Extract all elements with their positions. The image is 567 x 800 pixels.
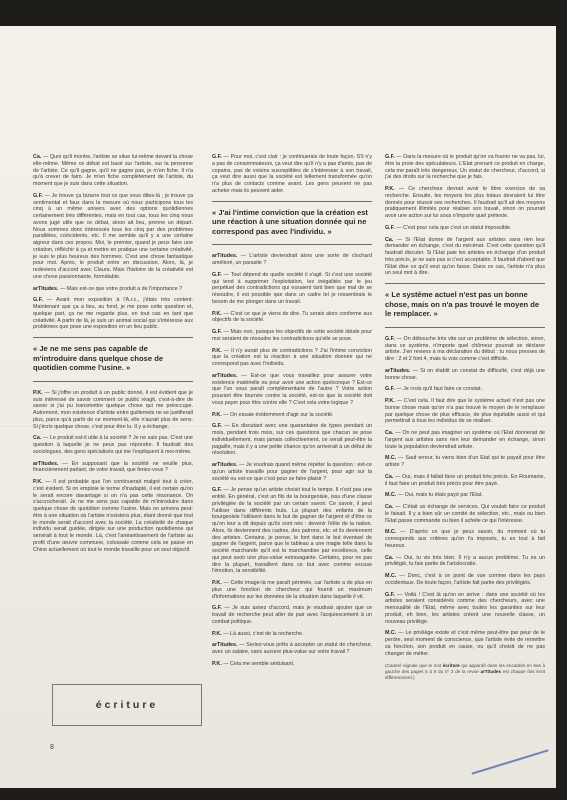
paragraph-text: — C'est ce que je viens de dire. Tu sera…	[212, 311, 372, 324]
dialogue-paragraph: M.C. — Sauf erreur, tu viens bien d'un E…	[385, 455, 545, 469]
paragraph-text: — Mais non, puisque les objectifs de cet…	[212, 329, 372, 342]
speaker-name: G.F.	[212, 272, 222, 278]
dialogue-paragraph: arTitudes. — Mais est-ce que votre produ…	[33, 286, 193, 293]
speaker-name: G.F.	[385, 154, 395, 160]
paragraph-text: — Oui, mais il fallait faire un produit …	[385, 474, 545, 487]
paragraph-text: — Je crois qu'il faut faire ce constat.	[395, 386, 482, 392]
speaker-name: G.F.	[385, 336, 395, 342]
dialogue-paragraph: Ca. — C'était un échange de services. Qu…	[385, 504, 545, 524]
speaker-name: G.F.	[212, 329, 222, 335]
speaker-name: P.K.	[212, 631, 222, 637]
dialogue-paragraph: G.F. — Dans la mesure où le produit qu'o…	[385, 154, 545, 181]
paragraph-text: — Il n'y aurait plus de contradictions ?…	[212, 348, 372, 368]
dialogue-paragraph: arTitudes. — Est-ce que vous travaillez …	[212, 373, 372, 407]
speaker-name: M.C.	[385, 492, 396, 498]
dialogue-paragraph: arTitudes. — L'artiste deviendrait alors…	[212, 253, 372, 267]
speaker-name: M.C.	[385, 455, 396, 461]
paragraph-text: — Le privilège existe et c'est même peut…	[385, 630, 545, 656]
paragraph-text: — Quoi qu'il montre, l'artiste se situe …	[33, 154, 193, 187]
pull-quote: « J'ai l'intime conviction que la créati…	[212, 201, 372, 246]
dialogue-paragraph: G.F. — Pour moi, c'est clair : je contin…	[212, 154, 372, 195]
paragraph-text: — Avant mon exposition à l'A.r.c., j'éta…	[33, 297, 193, 330]
dialogue-paragraph: G.F. — Je suis assez d'accord, mais je v…	[212, 605, 372, 625]
paragraph-text: — Là aussi, c'est de la recherche.	[222, 631, 304, 637]
speaker-name: arTitudes.	[212, 253, 237, 259]
paragraph-text: — En discutant avec une quarantaine de t…	[212, 423, 372, 456]
dialogue-paragraph: G.F. — Je pense qu'un artiste choisit to…	[212, 487, 372, 575]
paragraph-text: — Voilà ! C'est là qu'on en arrive : dan…	[385, 592, 545, 625]
speaker-name: P.K.	[212, 412, 222, 418]
paragraph-text: — Si j'offre un produit à un public donn…	[33, 390, 193, 430]
column-left: Ca. — Quoi qu'il montre, l'artiste se si…	[33, 154, 193, 558]
speaker-name: P.K.	[33, 479, 43, 485]
speaker-name: arTitudes.	[212, 462, 237, 468]
paragraph-text: — Mais est-ce que votre produit a de l'i…	[58, 286, 182, 292]
dialogue-paragraph: Ca. — Si l'Etat donne de l'argent aux ar…	[385, 237, 545, 278]
dialogue-paragraph: G.F. — C'est pour cela que c'est un stat…	[385, 225, 545, 232]
speaker-name: P.K.	[212, 348, 222, 354]
speaker-name: G.F.	[212, 154, 222, 160]
dialogue-paragraph: P.K. — Il n'y aurait plus de contradicti…	[212, 348, 372, 368]
speaker-name: G.F.	[212, 487, 222, 493]
paragraph-text: — Dans la mesure où le produit qu'on va …	[385, 154, 545, 180]
dialogue-paragraph: P.K. — Cette image-là me paraît périmée,…	[212, 580, 372, 600]
paragraph-text: — Donc, c'est à ce point de vue comme da…	[385, 573, 545, 586]
dialogue-paragraph: Ca. — Le produit est-il utile à la socié…	[33, 435, 193, 455]
paragraph-text: — Ce chercheur devrait avoir le libre ex…	[385, 186, 545, 219]
dialogue-paragraph: P.K. — Cela me semble séduisant.	[212, 661, 372, 668]
note-bold2: arTitudes	[480, 669, 501, 674]
magazine-page: Ca. — Quoi qu'il montre, l'artiste se si…	[0, 26, 556, 788]
speaker-name: G.F.	[212, 423, 222, 429]
speaker-name: M.C.	[385, 529, 396, 535]
dialogue-paragraph: arTitudes. — En supposant que la société…	[33, 461, 193, 475]
dialogue-paragraph: P.K. — Si j'offre un produit à un public…	[33, 390, 193, 431]
paragraph-text: — Oui, tu vis très bien. Il n'y a aucun …	[385, 555, 545, 568]
dialogue-paragraph: P.K. — Ce chercheur devrait avoir le lib…	[385, 186, 545, 220]
speaker-name: G.F.	[33, 297, 43, 303]
speaker-name: arTitudes.	[212, 642, 237, 648]
paragraph-text: — On essaie évidemment d'agir sur la soc…	[222, 412, 334, 418]
paragraph-text: — On débouche très vite sur un problème …	[385, 336, 545, 362]
column-right: G.F. — Dans la mesure où le produit qu'o…	[385, 154, 545, 681]
speaker-name: M.C.	[385, 573, 396, 579]
paragraph-text: — C'est cela. Il faut dire que le systèm…	[385, 398, 545, 424]
note-bold1: écriture	[443, 663, 460, 668]
paragraph-text: — C'est pour cela que c'est un statut im…	[395, 225, 512, 231]
dialogue-paragraph: G.F. — Voilà ! C'est là qu'on en arrive …	[385, 592, 545, 626]
dialogue-paragraph: arTitudes. — Si on établit un constat de…	[385, 368, 545, 382]
dialogue-paragraph: arTitudes. — Seriez-vous prêts à accepte…	[212, 642, 372, 656]
speaker-name: P.K.	[385, 398, 395, 404]
paragraph-text: — Oui, mais tu étais payé par l'Etat.	[396, 492, 483, 498]
dialogue-paragraph: G.F. — Mais non, puisque les objectifs d…	[212, 329, 372, 343]
note-before: (Caderé signale que le mot	[385, 663, 443, 668]
pull-quote: « Je ne me sens pas capable de m'introdu…	[33, 337, 193, 382]
speaker-name: arTitudes.	[385, 368, 410, 374]
paragraph-text: — Le produit est-il utile à la société ?…	[33, 435, 193, 455]
speaker-name: P.K.	[385, 186, 395, 192]
dialogue-paragraph: P.K. — C'est ce que je viens de dire. Tu…	[212, 311, 372, 325]
dialogue-paragraph: Ca. — Oui, tu vis très bien. Il n'y a au…	[385, 555, 545, 569]
speaker-name: P.K.	[33, 390, 43, 396]
speaker-name: P.K.	[212, 311, 222, 317]
dialogue-paragraph: Ca. — On ne peut pas imaginer un système…	[385, 430, 545, 450]
dialogue-paragraph: P.K. — C'est cela. Il faut dire que le s…	[385, 398, 545, 425]
dialogue-paragraph: M.C. — Le privilège existe et c'est même…	[385, 630, 545, 657]
paragraph-text: — Je trouve ça bizarre tout ce que vous …	[33, 193, 193, 280]
ecriture-label: écriture	[96, 699, 159, 711]
paragraph-text: — Cela me semble séduisant.	[222, 661, 295, 667]
dialogue-paragraph: arTitudes. — Je voudrais quand même répé…	[212, 462, 372, 482]
dialogue-paragraph: G.F. — En discutant avec une quarantaine…	[212, 423, 372, 457]
pen-mark	[471, 749, 548, 774]
speaker-name: arTitudes.	[212, 373, 237, 379]
dialogue-paragraph: Ca. — Quoi qu'il montre, l'artiste se si…	[33, 154, 193, 188]
speaker-name: G.F.	[385, 592, 395, 598]
speaker-name: arTitudes.	[33, 286, 58, 292]
paragraph-text: — C'était un échange de services. Qui vo…	[385, 504, 545, 524]
dialogue-paragraph: P.K. — Il est probable que l'on continue…	[33, 479, 193, 553]
speaker-name: P.K.	[212, 661, 222, 667]
dialogue-paragraph: G.F. — On débouche très vite sur un prob…	[385, 336, 545, 363]
paragraph-text: — Il est probable que l'on continuerait …	[33, 479, 193, 553]
speaker-name: M.C.	[385, 630, 396, 636]
paragraph-text: — Je suis assez d'accord, mais je voudra…	[212, 605, 372, 625]
speaker-name: P.K.	[212, 580, 222, 586]
dialogue-paragraph: G.F. — Avant mon exposition à l'A.r.c., …	[33, 297, 193, 331]
dialogue-paragraph: P.K. — On essaie évidemment d'agir sur l…	[212, 412, 372, 419]
dialogue-paragraph: Ca. — Oui, mais il fallait faire un prod…	[385, 474, 545, 488]
pull-quote: « Le système actuel n'est pas un bonne c…	[385, 283, 545, 328]
column-middle: G.F. — Pour moi, c'est clair : je contin…	[212, 154, 372, 673]
dialogue-paragraph: G.F. — Je trouve ça bizarre tout ce que …	[33, 193, 193, 281]
paragraph-text: — Pour moi, c'est clair : je continuerai…	[212, 154, 372, 194]
paragraph-text: — Tout dépend de quelle société il s'agi…	[212, 272, 372, 305]
dialogue-paragraph: M.C. — Donc, c'est à ce point de vue com…	[385, 573, 545, 587]
paragraph-text: — Sauf erreur, tu viens bien d'un Etat q…	[385, 455, 545, 468]
speaker-name: arTitudes.	[33, 461, 58, 467]
speaker-name: G.F.	[385, 386, 395, 392]
paragraph-text: — On ne peut pas imaginer un système où …	[385, 430, 545, 450]
paragraph-text: — D'après ce que je peux savoir, du mome…	[385, 529, 545, 549]
dialogue-paragraph: P.K. — Là aussi, c'est de la recherche.	[212, 631, 372, 638]
editor-note: (Caderé signale que le mot écriture qui …	[385, 663, 545, 681]
dialogue-paragraph: M.C. — D'après ce que je peux savoir, du…	[385, 529, 545, 549]
paragraph-text: — Si l'Etat donne de l'argent aux artist…	[385, 237, 545, 277]
speaker-name: G.F.	[212, 605, 222, 611]
dialogue-paragraph: G.F. — Je crois qu'il faut faire ce cons…	[385, 386, 545, 393]
dialogue-paragraph: G.F. — Tout dépend de quelle société il …	[212, 272, 372, 306]
speaker-name: G.F.	[385, 225, 395, 231]
ecriture-box: écriture	[52, 684, 202, 726]
dialogue-paragraph: M.C. — Oui, mais tu étais payé par l'Eta…	[385, 492, 545, 499]
paragraph-text: — Cette image-là me paraît périmée, car …	[212, 580, 372, 600]
speaker-name: G.F.	[33, 193, 43, 199]
paragraph-text: — Je pense qu'un artiste choisit tout le…	[212, 487, 372, 574]
page-number: 8	[50, 744, 54, 751]
